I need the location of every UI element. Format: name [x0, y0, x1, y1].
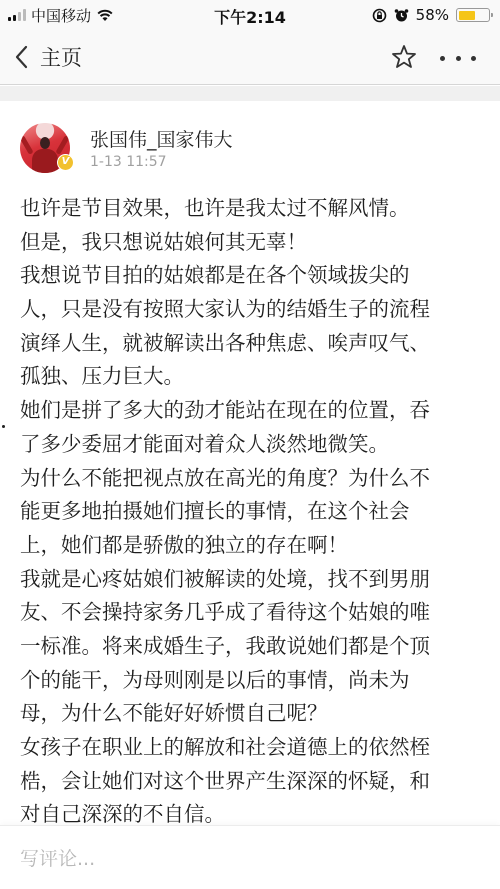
section-divider [0, 86, 500, 101]
post-line: 也许是节目效果，也许是我太过不解风情。 [20, 192, 490, 226]
more-icon-dot [471, 56, 476, 61]
decorative-dot [2, 425, 5, 428]
post-line: 友、不会操持家务几乎成了看待这个姑娘的唯 [20, 596, 490, 630]
post-line: 人，只是没有按照大家认为的结婚生子的流程 [20, 293, 490, 327]
post-line: 上，她们都是骄傲的独立的存在啊！ [20, 529, 490, 563]
post-line: 孤独、压力巨大。 [20, 360, 490, 394]
comment-input[interactable] [20, 844, 480, 874]
status-right: 58% [372, 5, 490, 25]
back-label: 主页 [40, 42, 82, 72]
post-line: 演绎人生，就被解读出各种焦虑、唉声叹气、 [20, 327, 490, 361]
post-header: V 张国伟_国家伟大 1-13 11:57 [0, 101, 500, 181]
more-icon-dot [456, 56, 461, 61]
post-line: 为什么不能把视点放在高光的角度？为什么不 [20, 462, 490, 496]
post-time: 1-13 11:57 [90, 154, 167, 170]
nav-bar: 主页 [0, 30, 500, 85]
post-line: 女孩子在职业上的解放和社会道德上的依然桎 [20, 731, 490, 765]
post-line: 了多少委屈才能面对着众人淡然地微笑。 [20, 428, 490, 462]
post-line: 能更多地拍摄她们擅长的事情，在这个社会 [20, 495, 490, 529]
battery-icon [456, 8, 490, 22]
star-icon [390, 43, 418, 71]
post-body: 也许是节目效果，也许是我太过不解风情。 但是，我只想说姑娘何其无辜！ 我想说节目… [20, 192, 490, 866]
post-line: 我想说节目拍的姑娘都是在各个领域拔尖的 [20, 259, 490, 293]
chevron-left-icon [14, 45, 28, 69]
favorite-button[interactable] [390, 43, 420, 73]
status-bar: 中国移动 下午2:14 58% [0, 0, 500, 30]
comment-bar [0, 825, 500, 889]
back-button[interactable]: 主页 [14, 42, 82, 72]
post-line: 一标准。将来成婚生子，我敢说她们都是个顶 [20, 630, 490, 664]
post-line: 她们是拼了多大的劲才能站在现在的位置，吞 [20, 394, 490, 428]
battery-percent: 58% [416, 6, 449, 24]
rotation-lock-icon [372, 8, 387, 23]
author-name[interactable]: 张国伟_国家伟大 [90, 125, 233, 152]
verified-badge-icon: V [57, 154, 74, 171]
post-line: 母，为什么不能好好娇惯自己呢？ [20, 697, 490, 731]
post-line: 但是，我只想说姑娘何其无辜！ [20, 226, 490, 260]
more-icon-dot [440, 56, 445, 61]
more-button[interactable] [440, 43, 476, 73]
alarm-icon [394, 8, 409, 23]
post-line: 梏，会让她们对这个世界产生深深的怀疑，和 [20, 765, 490, 799]
post-line: 我就是心疼姑娘们被解读的处境，找不到男朋 [20, 563, 490, 597]
post-line: 个的能干，为母则刚是以后的事情，尚未为 [20, 664, 490, 698]
